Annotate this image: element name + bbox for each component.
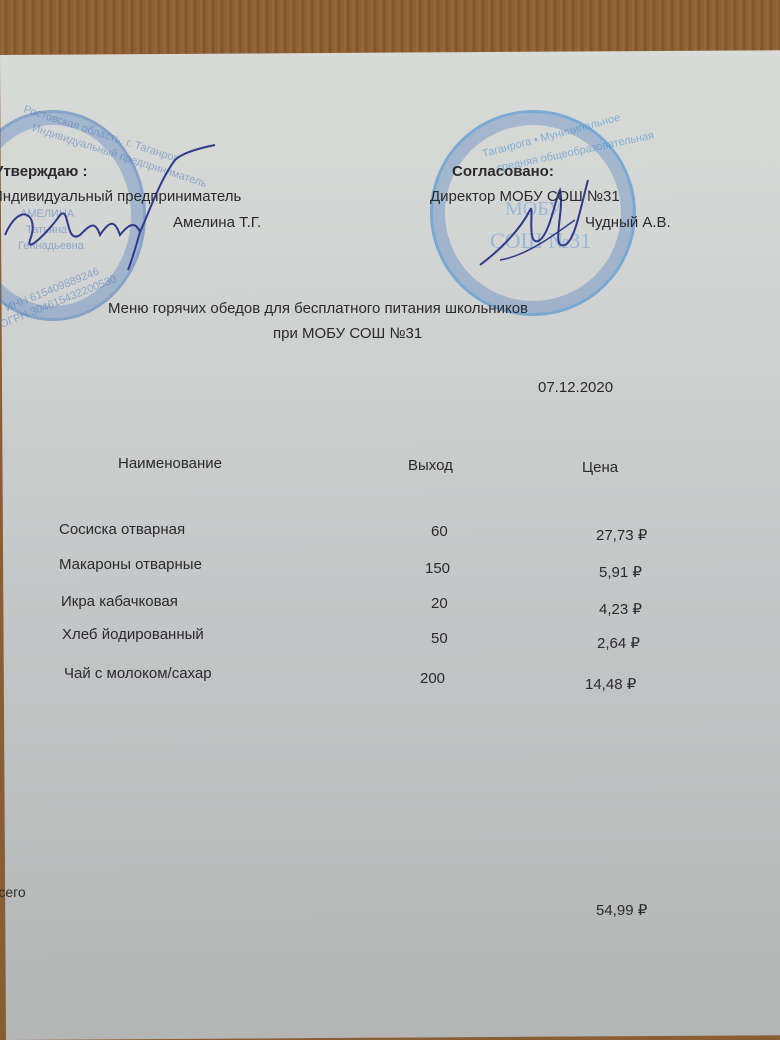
header-price: Цена (582, 459, 618, 476)
agreement-position: Директор МОБУ СОШ №31 (430, 188, 620, 205)
agreement-label: Согласовано: (452, 163, 554, 180)
item-yield: 50 (431, 630, 448, 647)
approval-label: Утверждаю : (0, 163, 87, 180)
total-label-wrap: Всего (0, 884, 26, 900)
item-yield: 150 (425, 560, 450, 577)
item-yield: 200 (420, 670, 445, 687)
item-name: Макароны отварные (59, 556, 202, 573)
item-name: Хлеб йодированный (62, 626, 204, 643)
agreement-name: Чудный А.В. (585, 214, 671, 231)
total-value: 54,99 ₽ (596, 901, 647, 919)
item-name: Сосиска отварная (59, 521, 185, 538)
item-price: 2,64 ₽ (597, 634, 640, 652)
menu-subtitle: при МОБУ СОШ №31 (273, 325, 422, 342)
item-price: 4,23 ₽ (599, 600, 642, 618)
item-price: 14,48 ₽ (585, 675, 636, 693)
menu-date: 07.12.2020 (538, 379, 613, 396)
approval-name: Амелина Т.Г. (173, 214, 261, 231)
header-name: Наименование (118, 455, 222, 472)
header-yield: Выход (408, 457, 453, 474)
item-price: 5,91 ₽ (599, 563, 642, 581)
item-name: Чай с молоком/сахар (64, 665, 212, 682)
total-label: Всего (0, 884, 26, 900)
item-name: Икра кабачковая (61, 593, 178, 610)
item-price: 27,73 ₽ (596, 526, 647, 544)
item-yield: 60 (431, 523, 448, 540)
signature-left (0, 140, 240, 280)
approval-position: Индивидуальный предприниматель (0, 188, 241, 205)
item-yield: 20 (431, 595, 448, 612)
menu-title: Меню горячих обедов для бесплатного пита… (108, 300, 528, 317)
